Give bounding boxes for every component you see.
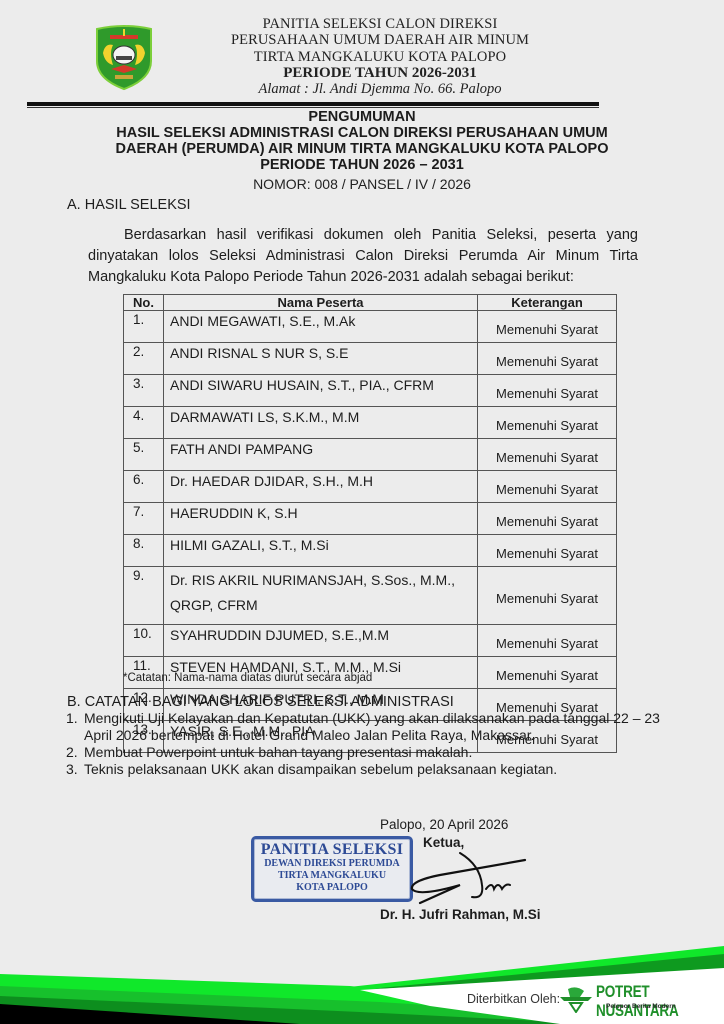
table-row: 10.SYAHRUDDIN DJUMED, S.E.,M.MMemenuhi S…	[124, 625, 617, 657]
cell-no: 6.	[124, 471, 164, 503]
table-row: 9.Dr. RIS AKRIL NURIMANSJAH, S.Sos., M.M…	[124, 567, 617, 625]
announcement-title: PENGUMUMAN HASIL SELEKSI ADMINISTRASI CA…	[60, 109, 664, 195]
cell-status: Memenuhi Syarat	[478, 311, 617, 343]
letterhead-period: PERIODE TAHUN 2026-2031	[160, 65, 600, 82]
section-a-paragraph-text: Berdasarkan hasil verifikasi dokumen ole…	[88, 227, 638, 285]
letterhead-line-1: PANITIA SELEKSI CALON DIREKSI	[160, 16, 600, 32]
cell-status: Memenuhi Syarat	[478, 503, 617, 535]
brand-name: POTRET NUSANTARA	[596, 983, 701, 1021]
table-row: 3.ANDI SIWARU HUSAIN, S.T., PIA., CFRMMe…	[124, 375, 617, 407]
cell-no: 9.	[124, 567, 164, 625]
announcement-heading: PENGUMUMAN	[60, 109, 664, 125]
table-row: 2.ANDI RISNAL S NUR S, S.EMemenuhi Syara…	[124, 343, 617, 375]
section-a-paragraph: Berdasarkan hasil verifikasi dokumen ole…	[88, 225, 638, 288]
letterhead-divider-thick	[27, 102, 599, 106]
cell-no: 3.	[124, 375, 164, 407]
cell-status: Memenuhi Syarat	[478, 567, 617, 625]
cell-status: Memenuhi Syarat	[478, 343, 617, 375]
cell-name: DARMAWATI LS, S.K.M., M.M	[164, 407, 478, 439]
potret-nusantara-logo-icon	[558, 985, 594, 1013]
place-date: Palopo, 20 April 2026	[380, 817, 508, 832]
letterhead-divider-thin	[27, 107, 599, 108]
cell-name: ANDI SIWARU HUSAIN, S.T., PIA., CFRM	[164, 375, 478, 407]
list-item: 1.Mengikuti Uji Kelayakan dan Kepatutan …	[66, 710, 666, 744]
cell-status: Memenuhi Syarat	[478, 625, 617, 657]
column-header-no: No.	[124, 295, 164, 311]
letterhead-address: Alamat : Jl. Andi Djemma No. 66. Palopo	[160, 81, 600, 98]
cell-name: HAERUDDIN K, S.H	[164, 503, 478, 535]
cell-no: 5.	[124, 439, 164, 471]
signer-name: Dr. H. Jufri Rahman, M.Si	[380, 907, 541, 922]
cell-no: 7.	[124, 503, 164, 535]
section-a-heading: A. HASIL SELEKSI	[67, 197, 191, 213]
cell-name: Dr. RIS AKRIL NURIMANSJAH, S.Sos., M.M.,…	[164, 567, 478, 625]
cell-name: HILMI GAZALI, S.T., M.Si	[164, 535, 478, 567]
cell-no: 8.	[124, 535, 164, 567]
participants-table: No. Nama Peserta Keterangan 1.ANDI MEGAW…	[123, 294, 617, 753]
stamp-line-2: DEWAN DIREKSI PERUMDA	[254, 858, 410, 870]
cell-no: 2.	[124, 343, 164, 375]
stamp-line-3: TIRTA MANGKALUKU	[254, 870, 410, 882]
table-row: 6.Dr. HAEDAR DJIDAR, S.H., M.HMemenuhi S…	[124, 471, 617, 503]
section-b-heading: B. CATATAN BAGI YANG LOLOS SELEKSI ADMIN…	[67, 694, 454, 710]
cell-name: ANDI MEGAWATI, S.E., M.Ak	[164, 311, 478, 343]
letterhead-line-3: TIRTA MANGKALUKU KOTA PALOPO	[160, 49, 600, 65]
handwritten-signature-icon	[400, 845, 540, 905]
section-b-list: 1.Mengikuti Uji Kelayakan dan Kepatutan …	[66, 710, 666, 778]
list-item: 2.Membuat Powerpoint untuk bahan tayang …	[66, 744, 666, 761]
cell-no: 1.	[124, 311, 164, 343]
table-header-row: No. Nama Peserta Keterangan	[124, 295, 617, 311]
cell-name: FATH ANDI PAMPANG	[164, 439, 478, 471]
table-row: 4.DARMAWATI LS, S.K.M., M.MMemenuhi Syar…	[124, 407, 617, 439]
stamp-line-1: PANITIA SELEKSI	[254, 842, 410, 858]
cell-no: 10.	[124, 625, 164, 657]
palopo-city-emblem-icon	[93, 23, 155, 91]
stamp-line-4: KOTA PALOPO	[254, 882, 410, 894]
cell-name: SYAHRUDDIN DJUMED, S.E.,M.M	[164, 625, 478, 657]
table-row: 5.FATH ANDI PAMPANGMemenuhi Syarat	[124, 439, 617, 471]
letterhead-line-2: PERUSAHAAN UMUM DAERAH AIR MINUM	[160, 32, 600, 48]
cell-status: Memenuhi Syarat	[478, 471, 617, 503]
announcement-subtitle-3: PERIODE TAHUN 2026 – 2031	[60, 157, 664, 173]
letterhead: PANITIA SELEKSI CALON DIREKSI PERUSAHAAN…	[160, 16, 600, 98]
brand-tagline: Pelopor Berita Modern	[606, 1003, 676, 1010]
table-row: 1.ANDI MEGAWATI, S.E., M.AkMemenuhi Syar…	[124, 311, 617, 343]
cell-status: Memenuhi Syarat	[478, 439, 617, 471]
table-note: *Catatan: Nama-nama diatas diurut secara…	[123, 672, 372, 684]
cell-name: Dr. HAEDAR DJIDAR, S.H., M.H	[164, 471, 478, 503]
announcement-number: NOMOR: 008 / PANSEL / IV / 2026	[60, 173, 664, 195]
column-header-status: Keterangan	[478, 295, 617, 311]
cell-status: Memenuhi Syarat	[478, 375, 617, 407]
cell-no: 4.	[124, 407, 164, 439]
table-row: 7.HAERUDDIN K, S.HMemenuhi Syarat	[124, 503, 617, 535]
official-stamp: PANITIA SELEKSI DEWAN DIREKSI PERUMDA TI…	[251, 836, 413, 902]
cell-status: Memenuhi Syarat	[478, 657, 617, 689]
list-item: 3.Teknis pelaksanaan UKK akan disampaika…	[66, 761, 666, 778]
announcement-subtitle-1: HASIL SELEKSI ADMINISTRASI CALON DIREKSI…	[60, 125, 664, 141]
table-row: 8.HILMI GAZALI, S.T., M.SiMemenuhi Syara…	[124, 535, 617, 567]
cell-name: ANDI RISNAL S NUR S, S.E	[164, 343, 478, 375]
published-by-label: Diterbitkan Oleh:	[467, 992, 560, 1006]
announcement-subtitle-2: DAERAH (PERUMDA) AIR MINUM TIRTA MANGKAL…	[60, 141, 664, 157]
column-header-name: Nama Peserta	[164, 295, 478, 311]
cell-status: Memenuhi Syarat	[478, 407, 617, 439]
cell-status: Memenuhi Syarat	[478, 535, 617, 567]
